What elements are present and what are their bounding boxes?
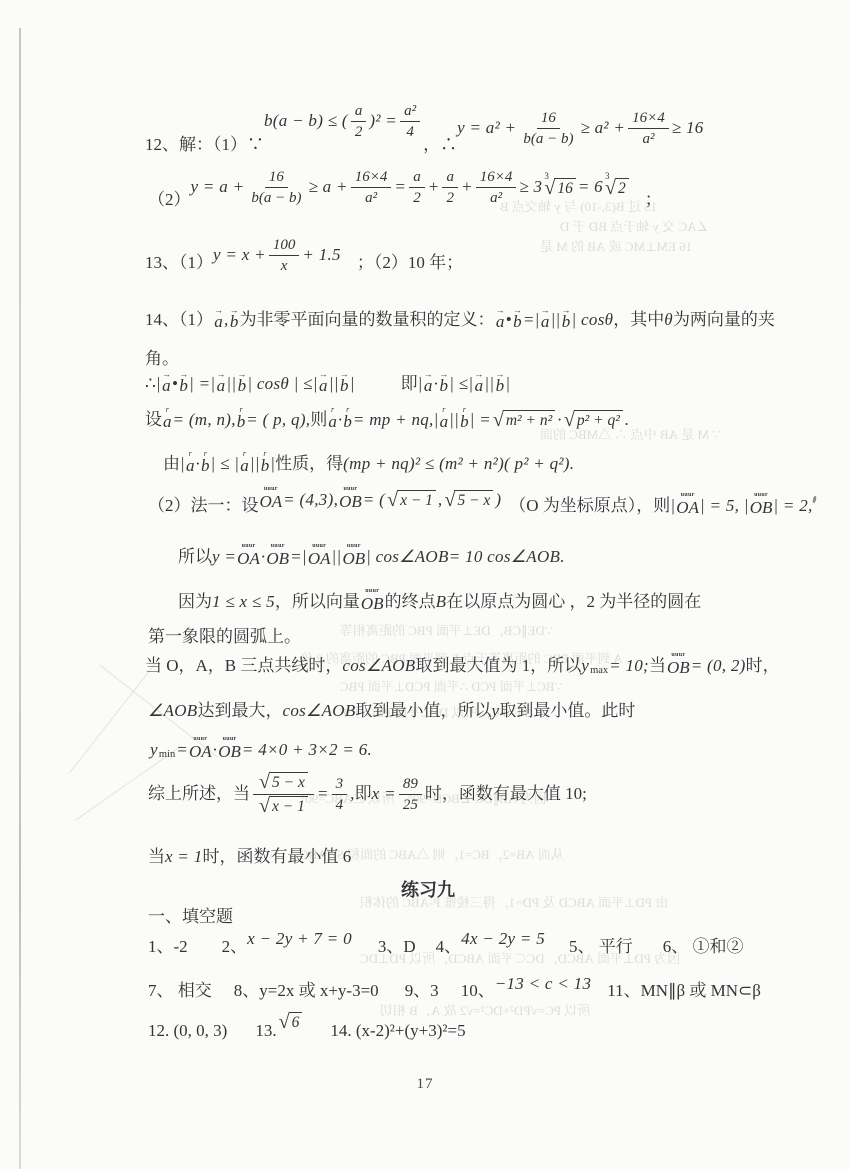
solution-line-ymin: ymin = uuurOA · uuurOB = 4×0 + 3×2 = 6. bbox=[150, 738, 372, 762]
vector: →b bbox=[439, 370, 448, 394]
radical: 3√16 bbox=[544, 178, 575, 198]
bleedthrough-text: ∵DE∥CB，DE⊥平面 PBC 的距离相等 bbox=[340, 620, 553, 639]
solution-line-14-2: 角。 bbox=[145, 348, 179, 370]
vector: uuurOB bbox=[339, 486, 362, 510]
solution-line-yinwei: 因为1 ≤ x ≤ 5，所以向量 uuurOB 的终点 B 在以原点为圆心 ，2… bbox=[178, 590, 701, 614]
vector: →b bbox=[230, 306, 239, 330]
solution-line-fa1: （2）法一：设uuurOA = (4,3), uuurOB = (√x − 1,… bbox=[148, 494, 813, 518]
vector: →b bbox=[562, 306, 571, 330]
vector: ra bbox=[440, 406, 449, 430]
fraction: a2 bbox=[409, 168, 425, 207]
radical: 3√2 bbox=[605, 178, 629, 198]
solution-line-you: 由| ra · rb | ≤ | ra || rb | 性质，得 (mp + n… bbox=[163, 452, 574, 476]
radical: √5 − x bbox=[259, 772, 308, 792]
vector: rb bbox=[201, 450, 210, 474]
fraction: 16b(a − b) bbox=[519, 109, 577, 148]
scanned-page: 15 过 B(3,-10) 与 y 轴交点 B ∠AC 交 y 轴于点 BD 于… bbox=[0, 0, 850, 1169]
fraction: 100x bbox=[269, 236, 300, 275]
vector: →a bbox=[216, 370, 225, 394]
radical: √p² + q² bbox=[564, 410, 623, 430]
solution-line-she: 设ra = (m, n), rb = ( p, q), 则ra · rb = m… bbox=[145, 408, 629, 432]
vector: uuurOB bbox=[667, 652, 690, 676]
solution-line-x1: 当 x = 1 时，函数有最小值 6 bbox=[148, 846, 351, 868]
fraction: a²4 bbox=[400, 102, 420, 141]
solution-line-zong: 综上所述，当 √5 − x√x − 1 = 34, 即 x = 8925 时，函… bbox=[148, 772, 587, 817]
vector: uuurOB bbox=[750, 492, 773, 516]
bleedthrough-text: 16 EM⊥MC 或 AB 的 M 是 bbox=[540, 236, 692, 255]
fraction: 16×4a² bbox=[351, 168, 392, 207]
solution-line-diyi: 第一象限的圆弧上。 bbox=[148, 626, 301, 648]
vector: →a bbox=[162, 370, 171, 394]
bleedthrough-text: ∵BC⊥平面 PCD ∴平面 PCD⊥平面 PBC bbox=[340, 676, 563, 695]
vector: rb bbox=[460, 406, 469, 430]
answers-row-1: 1、-22、x − 2y + 7 = 03、D4、4x − 2y = 55、 平… bbox=[148, 936, 744, 958]
vector: uuurOB bbox=[266, 543, 289, 567]
vector: uuurOB bbox=[218, 736, 241, 760]
solution-line-12-2: （2）y = a + 16b(a − b) ≥ a + 16×4a² = a2 … bbox=[148, 168, 662, 207]
vector: →b bbox=[513, 306, 522, 330]
vector: →a bbox=[474, 370, 483, 394]
vector: uuurOA bbox=[260, 486, 283, 510]
section-heading: 一、填空题 bbox=[148, 906, 233, 928]
vector: →a bbox=[214, 306, 223, 330]
vector: uuurOA bbox=[308, 543, 331, 567]
vector: uuurOA bbox=[676, 492, 699, 516]
vector: uuurOA bbox=[237, 543, 260, 567]
vector: →a bbox=[424, 370, 433, 394]
answers-row-3: 12. (0, 0, 3)13. √614. (x-2)²+(y+3)²=5 bbox=[148, 1020, 466, 1042]
vector: ra bbox=[186, 450, 195, 474]
fraction: a2 bbox=[351, 102, 367, 141]
vector: rb bbox=[237, 406, 246, 430]
fraction: √5 − x√x − 1 bbox=[253, 772, 314, 817]
solution-line-12-1: 12、解：（1）∵b(a − b) ≤ (a2)² = a²4，∴y = a² … bbox=[145, 126, 704, 165]
exercise-title: 练习九 bbox=[148, 876, 708, 902]
crease-line bbox=[69, 663, 156, 774]
vector: uuurOB bbox=[342, 543, 365, 567]
radical: √x − 1 bbox=[259, 796, 308, 816]
scan-fold-line bbox=[19, 28, 21, 1169]
bleedthrough-text: ∠AC 交 y 轴于点 BD 于 D bbox=[560, 216, 708, 235]
vector: ra bbox=[328, 406, 337, 430]
radical: √x − 1 bbox=[387, 490, 436, 510]
ink-speck bbox=[812, 496, 817, 504]
solution-line-14-1: 14、（1）→a,→b 为非零平面向量的数量积的定义：→a • →b =| →a… bbox=[145, 308, 775, 332]
fraction: 16×4a² bbox=[476, 168, 517, 207]
vector: ra bbox=[240, 450, 249, 474]
vector: →b bbox=[495, 370, 504, 394]
fraction: 8925 bbox=[399, 775, 422, 814]
section-label: 一、填空题 bbox=[148, 906, 233, 928]
vector: →a bbox=[496, 306, 505, 330]
solution-line-dang: 当 O，A，B 三点共线时， cos∠AOB 取到最大值为 1，所以 ymax … bbox=[145, 654, 780, 678]
fraction: 16b(a − b) bbox=[247, 168, 305, 207]
answers-row-2: 7、 相交8、y=2x 或 x+y-3=09、310、−13 < c < 131… bbox=[148, 980, 761, 1002]
vector: →a bbox=[541, 306, 550, 330]
solution-line-suoyi: 所以y = uuurOA · uuurOB =|uuurOA||uuurOB| … bbox=[178, 545, 565, 569]
solution-line-13: 13、（1）y = x + 100x + 1.5；（2）10 年； bbox=[145, 236, 463, 275]
radical: √6 bbox=[279, 1012, 303, 1032]
fraction: a2 bbox=[442, 168, 458, 207]
vector: →b bbox=[237, 370, 246, 394]
vector: →a bbox=[319, 370, 328, 394]
page-number: 17 bbox=[0, 1076, 850, 1093]
radical: √m² + n² bbox=[493, 410, 555, 430]
solution-line-abs: ∴| →a • →b | =| →a || →b | cosθ | ≤| →a … bbox=[145, 372, 510, 396]
fraction: 34 bbox=[332, 775, 348, 814]
fraction: 16×4a² bbox=[628, 109, 669, 148]
vector: rb bbox=[261, 450, 270, 474]
vector: ra bbox=[163, 406, 172, 430]
vector: →b bbox=[179, 370, 188, 394]
vector: uuurOB bbox=[361, 588, 384, 612]
vector: rb bbox=[343, 406, 352, 430]
solution-line-aob: ∠AOB 达到最大， cos∠AOB 取到最小值，所以 y 取到最小值。此时 bbox=[148, 700, 635, 722]
vector: uuurOA bbox=[189, 736, 212, 760]
bleedthrough-text: 所以 PC=√PD²+DC²=√2 故 A、B 相切 bbox=[380, 1000, 590, 1019]
radical: √5 − x bbox=[444, 490, 493, 510]
vector: →b bbox=[340, 370, 349, 394]
